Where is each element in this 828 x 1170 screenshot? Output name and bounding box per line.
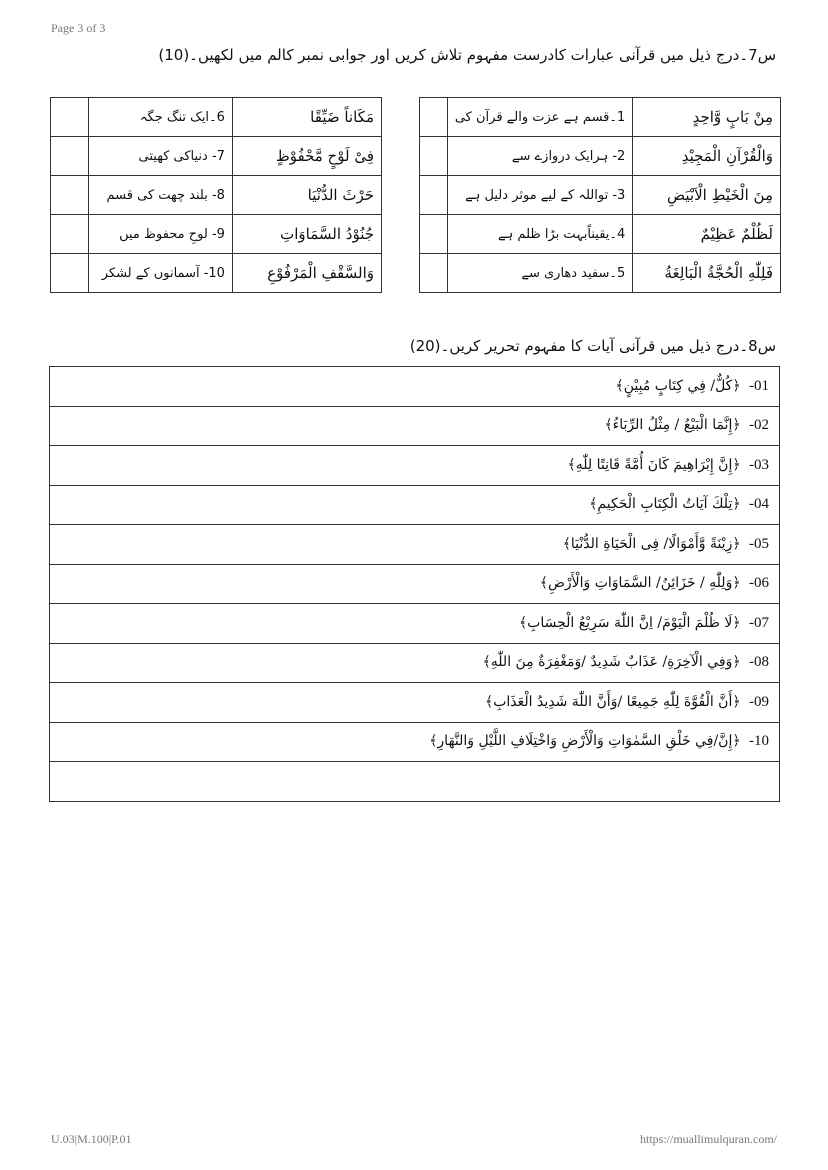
- verse-number: -10: [749, 733, 769, 750]
- table-row: مَكَاناً ضَيِّقًا 6۔ایک تنگ جگہ: [51, 98, 382, 137]
- arabic-phrase: فَلِلّٰهِ الْحُجَّةُ الْبَالِغَةُ: [633, 254, 781, 293]
- table-row[interactable]: -06 ﴿وَلِلّٰهِ / خَزَائِنُ/ السَّمَاوَات…: [50, 564, 780, 604]
- urdu-meaning: 1۔قسم ہے عزت والے قرآن کی: [447, 98, 632, 137]
- verse-cell[interactable]: -06 ﴿وَلِلّٰهِ / خَزَائِنُ/ السَّمَاوَات…: [50, 564, 780, 604]
- match-table-left: مَكَاناً ضَيِّقًا 6۔ایک تنگ جگہ فِىْ لَو…: [50, 97, 382, 293]
- urdu-meaning: 5۔سفید دھاری سے: [447, 254, 632, 293]
- verse-text: ﴿كُلٌّ/ فِي كِتَابٍ مُبِيْنٍ﴾: [616, 378, 741, 394]
- urdu-meaning: 8- بلند چھت کی قسم: [89, 176, 233, 215]
- page-number: Page 3 of 3: [51, 21, 105, 36]
- table-row[interactable]: -03 ﴿إِنَّ إِبْرَاهِيمَ كَانَ أُمَّةً قَ…: [50, 446, 780, 486]
- answer-cell[interactable]: [51, 98, 89, 137]
- arabic-phrase: مَكَاناً ضَيِّقًا: [232, 98, 381, 137]
- urdu-meaning: 6۔ایک تنگ جگہ: [89, 98, 233, 137]
- verse-number: -02: [749, 417, 769, 434]
- arabic-phrase: جُنُوْدُ السَّمَاوَاتِ: [232, 215, 381, 254]
- answer-cell[interactable]: [420, 254, 448, 293]
- urdu-meaning: 10- آسمانوں کے لشکر: [89, 254, 233, 293]
- verse-cell[interactable]: -01 ﴿كُلٌّ/ فِي كِتَابٍ مُبِيْنٍ﴾: [50, 367, 780, 407]
- table-row: لَظُلْمٌ عَظِيْمٌ 4۔یقیناًبہت بڑا ظلم ہے: [420, 215, 781, 254]
- arabic-phrase: لَظُلْمٌ عَظِيْمٌ: [633, 215, 781, 254]
- table-row: حَرْثَ الدُّنْيَا 8- بلند چھت کی قسم: [51, 176, 382, 215]
- verse-number: -05: [749, 536, 769, 553]
- verse-cell[interactable]: -07 ﴿لَا ظُلْمَ الْيَوْمَ/ اِنَّ اللّٰهَ…: [50, 604, 780, 644]
- table-row: مِنْ بَابٍ وَّاحِدٍ 1۔قسم ہے عزت والے قر…: [420, 98, 781, 137]
- verse-cell[interactable]: -10 ﴿إِنَّ/فِي خَلْقِ السَّمٰوَاتِ وَالْ…: [50, 722, 780, 762]
- question-7-title: س7۔درج ذیل میں قرآنی عبارات کادرست مفہوم…: [158, 46, 776, 64]
- table-row: فِىْ لَوْحٍ مَّحْفُوْظٍ 7- دنیاکی کھیتی: [51, 137, 382, 176]
- verse-text: ﴿أَنَّ الْقُوَّةَ لِلّٰهِ جَمِيعًا /وَأَ…: [485, 694, 741, 710]
- answer-cell[interactable]: [51, 215, 89, 254]
- urdu-meaning: 3- تواللہ کے لیے موثر دلیل ہے: [447, 176, 632, 215]
- verse-text: ﴿إِنَّ/فِي خَلْقِ السَّمٰوَاتِ وَالْأَرْ…: [429, 733, 740, 749]
- verse-text: ﴿وَفِي الْآخِرَةِ/ عَذَابٌ شَدِيدٌ /وَمَ…: [483, 654, 741, 670]
- verse-number: -01: [749, 378, 769, 395]
- table-row[interactable]: -05 ﴿زِيْنَةً وَّأَمْوَالًا/ فِى الْحَيَ…: [50, 525, 780, 565]
- answer-cell[interactable]: [51, 137, 89, 176]
- table-row[interactable]: -01 ﴿كُلٌّ/ فِي كِتَابٍ مُبِيْنٍ﴾: [50, 367, 780, 407]
- verse-number: -04: [749, 496, 769, 513]
- verse-number: -07: [749, 615, 769, 632]
- verse-text: ﴿إِنَّ إِبْرَاهِيمَ كَانَ أُمَّةً قَانِت…: [568, 457, 741, 473]
- footer-code: U.03|M.100|P.01: [51, 1132, 131, 1147]
- arabic-phrase: وَالْقُرْآنِ الْمَجِيْدِ: [633, 137, 781, 176]
- verse-number: -08: [749, 654, 769, 671]
- verse-cell[interactable]: -08 ﴿وَفِي الْآخِرَةِ/ عَذَابٌ شَدِيدٌ /…: [50, 643, 780, 683]
- verse-cell[interactable]: -02 ﴿إِنَّمَا الْبَيْعُ / مِثْلُ الرِّبَ…: [50, 406, 780, 446]
- table-row: وَالْقُرْآنِ الْمَجِيْدِ 2- ہرایک دروازے…: [420, 137, 781, 176]
- arabic-phrase: فِىْ لَوْحٍ مَّحْفُوْظٍ: [232, 137, 381, 176]
- table-row[interactable]: -04 ﴿تِلْكَ آيَاتُ الْكِتَابِ الْحَكِيمِ…: [50, 485, 780, 525]
- answer-cell[interactable]: [420, 137, 448, 176]
- table-row: جُنُوْدُ السَّمَاوَاتِ 9- لوحِ محفوظ میں: [51, 215, 382, 254]
- verse-cell[interactable]: -03 ﴿إِنَّ إِبْرَاهِيمَ كَانَ أُمَّةً قَ…: [50, 446, 780, 486]
- table-row[interactable]: [50, 762, 780, 802]
- urdu-meaning: 4۔یقیناًبہت بڑا ظلم ہے: [447, 215, 632, 254]
- arabic-phrase: مِنَ الْخَيْطِ الْاَبْيَضِ: [633, 176, 781, 215]
- verse-text: ﴿إِنَّمَا الْبَيْعُ / مِثْلُ الرِّبَاءُ﴾: [604, 417, 740, 433]
- arabic-phrase: وَالسَّقْفِ الْمَرْفُوْعِ: [232, 254, 381, 293]
- urdu-meaning: 9- لوحِ محفوظ میں: [89, 215, 233, 254]
- table-row[interactable]: -02 ﴿إِنَّمَا الْبَيْعُ / مِثْلُ الرِّبَ…: [50, 406, 780, 446]
- answer-cell[interactable]: [420, 176, 448, 215]
- verse-text: ﴿تِلْكَ آيَاتُ الْكِتَابِ الْحَكِيمِ﴾: [589, 496, 740, 512]
- match-table-right: مِنْ بَابٍ وَّاحِدٍ 1۔قسم ہے عزت والے قر…: [419, 97, 781, 293]
- verse-number: -03: [749, 457, 769, 474]
- arabic-phrase: حَرْثَ الدُّنْيَا: [232, 176, 381, 215]
- arabic-phrase: مِنْ بَابٍ وَّاحِدٍ: [633, 98, 781, 137]
- answer-cell[interactable]: [51, 254, 89, 293]
- table-row[interactable]: -08 ﴿وَفِي الْآخِرَةِ/ عَذَابٌ شَدِيدٌ /…: [50, 643, 780, 683]
- verse-number: -09: [749, 694, 769, 711]
- question-8-title: س8۔درج ذیل میں قرآنی آیات کا مفہوم تحریر…: [410, 337, 776, 355]
- table-row: وَالسَّقْفِ الْمَرْفُوْعِ 10- آسمانوں کے…: [51, 254, 382, 293]
- verse-text: ﴿لَا ظُلْمَ الْيَوْمَ/ اِنَّ اللّٰهَ سَر…: [519, 615, 741, 631]
- table-row: مِنَ الْخَيْطِ الْاَبْيَضِ 3- تواللہ کے …: [420, 176, 781, 215]
- table-row[interactable]: -10 ﴿إِنَّ/فِي خَلْقِ السَّمٰوَاتِ وَالْ…: [50, 722, 780, 762]
- verses-table: -01 ﴿كُلٌّ/ فِي كِتَابٍ مُبِيْنٍ﴾ -02 ﴿إ…: [49, 366, 780, 802]
- table-row[interactable]: -09 ﴿أَنَّ الْقُوَّةَ لِلّٰهِ جَمِيعًا /…: [50, 683, 780, 723]
- footer-url[interactable]: https://muallimulquran.com/: [640, 1132, 777, 1147]
- urdu-meaning: 2- ہرایک دروازے سے: [447, 137, 632, 176]
- verse-cell[interactable]: -09 ﴿أَنَّ الْقُوَّةَ لِلّٰهِ جَمِيعًا /…: [50, 683, 780, 723]
- verse-cell[interactable]: -04 ﴿تِلْكَ آيَاتُ الْكِتَابِ الْحَكِيمِ…: [50, 485, 780, 525]
- table-row[interactable]: -07 ﴿لَا ظُلْمَ الْيَوْمَ/ اِنَّ اللّٰهَ…: [50, 604, 780, 644]
- empty-answer-cell[interactable]: [50, 762, 780, 802]
- answer-cell[interactable]: [420, 98, 448, 137]
- verse-cell[interactable]: -05 ﴿زِيْنَةً وَّأَمْوَالًا/ فِى الْحَيَ…: [50, 525, 780, 565]
- urdu-meaning: 7- دنیاکی کھیتی: [89, 137, 233, 176]
- verse-text: ﴿زِيْنَةً وَّأَمْوَالًا/ فِى الْحَيَاةِ …: [563, 536, 741, 552]
- verse-number: -06: [749, 575, 769, 592]
- table-row: فَلِلّٰهِ الْحُجَّةُ الْبَالِغَةُ 5۔سفید…: [420, 254, 781, 293]
- answer-cell[interactable]: [51, 176, 89, 215]
- answer-cell[interactable]: [420, 215, 448, 254]
- verse-text: ﴿وَلِلّٰهِ / خَزَائِنُ/ السَّمَاوَاتِ وَ…: [540, 575, 741, 591]
